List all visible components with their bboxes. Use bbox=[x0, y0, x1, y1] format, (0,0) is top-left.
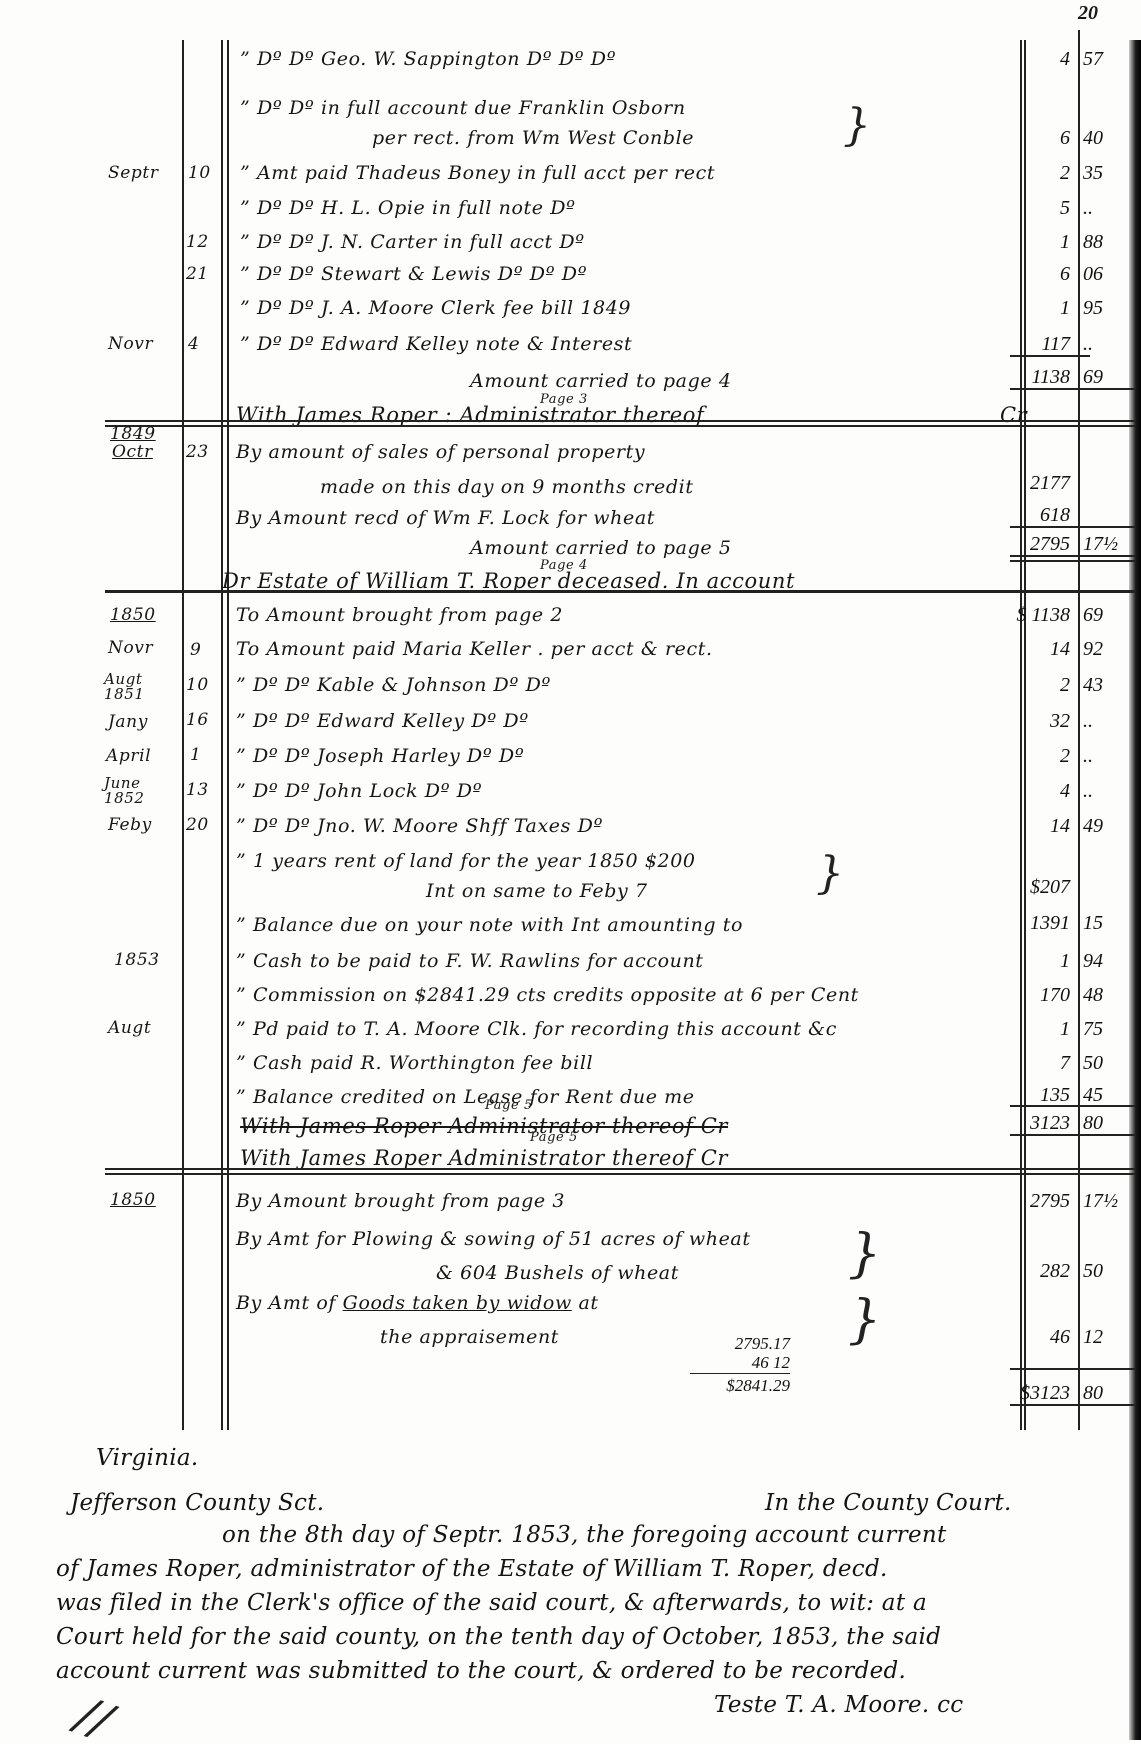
ledger-row-cents: 45 bbox=[1083, 1084, 1125, 1107]
ledger-row-dollars: 6 bbox=[998, 127, 1070, 150]
calc-underline bbox=[690, 1373, 790, 1374]
brace-icon: } bbox=[843, 100, 871, 151]
ledger-row-dollars: $ 1138 bbox=[960, 604, 1070, 627]
ledger-row-text: made on this day on 9 months credit bbox=[320, 476, 694, 498]
account-header-cr: With James Roper Administrator thereof C… bbox=[240, 1146, 728, 1170]
ledger-row-day: 13 bbox=[186, 780, 209, 800]
ledger-row-cents: .. bbox=[1083, 780, 1125, 803]
ledger-row-cents: 17½ bbox=[1083, 1190, 1125, 1213]
page-label: Page 5 bbox=[530, 1130, 578, 1145]
ledger-row-day: 9 bbox=[190, 640, 201, 660]
section-year: 1849 bbox=[110, 424, 156, 444]
ledger-row-day: 1 bbox=[190, 745, 201, 765]
ledger-row-cents: 35 bbox=[1083, 162, 1125, 185]
ledger-row-text: ” Dº Dº in full account due Franklin Osb… bbox=[240, 97, 686, 119]
ledger-row-text: ” 1 years rent of land for the year 1850… bbox=[236, 850, 696, 872]
section-total-cents: 80 bbox=[1083, 1382, 1125, 1405]
ruling-date-column bbox=[182, 40, 184, 1430]
ledger-row-date: April bbox=[106, 746, 151, 766]
section-divider bbox=[105, 1168, 1135, 1170]
ledger-row-dollars: 1 bbox=[998, 297, 1070, 320]
ledger-row-text: ” Balance due on your note with Int amou… bbox=[236, 914, 743, 936]
ledger-row-text: ” Dº Dº John Lock Dº Dº bbox=[236, 780, 482, 802]
section-total-dollars: 3123 bbox=[998, 1112, 1070, 1135]
certificate-state: Virginia. bbox=[96, 1445, 199, 1471]
sum-underline bbox=[1010, 1368, 1135, 1370]
ledger-row-day: 20 bbox=[186, 815, 209, 835]
certificate-county: Jefferson County Sct. bbox=[70, 1490, 324, 1516]
section-year: 1850 bbox=[110, 605, 156, 625]
calc-line: 46 12 bbox=[680, 1353, 790, 1373]
total-underline-double bbox=[1010, 560, 1135, 562]
ruling-day-column bbox=[221, 40, 223, 1430]
ledger-row-text: ” Dº Dº Stewart & Lewis Dº Dº Dº bbox=[240, 263, 587, 285]
ledger-row-text: ” Dº Dº J. N. Carter in full acct Dº bbox=[240, 231, 585, 253]
ledger-row-text: ” Dº Dº J. A. Moore Clerk fee bill 1849 bbox=[240, 297, 631, 319]
ledger-row-dollars: 1 bbox=[998, 231, 1070, 254]
ledger-row-dollars: 4 bbox=[998, 780, 1070, 803]
ledger-row-cents: 95 bbox=[1083, 297, 1125, 320]
certificate-line: was filed in the Clerk's office of the s… bbox=[56, 1590, 927, 1616]
ledger-row-cents: .. bbox=[1083, 197, 1125, 220]
ledger-row-text: By Amount recd of Wm F. Lock for wheat bbox=[236, 507, 655, 529]
ledger-row-cents: 43 bbox=[1083, 674, 1125, 697]
section-total-cents: 80 bbox=[1083, 1112, 1125, 1135]
ledger-row-dollars: 2795 bbox=[998, 1190, 1070, 1213]
ledger-row-date: Jany bbox=[108, 712, 148, 732]
section-divider bbox=[105, 590, 1135, 593]
ledger-row-date: Novr bbox=[108, 638, 153, 658]
brace-icon: } bbox=[848, 1290, 881, 1350]
ledger-row-cents: .. bbox=[1083, 333, 1125, 356]
ledger-row-text: ” Dº Dº Edward Kelley Dº Dº bbox=[236, 710, 529, 732]
ledger-row-cents: 50 bbox=[1083, 1052, 1125, 1075]
ledger-row-dollars: 2 bbox=[998, 674, 1070, 697]
certificate-line: Court held for the said county, on the t… bbox=[56, 1624, 941, 1650]
ledger-row-cents: 12 bbox=[1083, 1326, 1125, 1349]
ledger-row-dollars: 32 bbox=[998, 710, 1070, 733]
section-divider-double bbox=[105, 1173, 1135, 1175]
ledger-row-text: ” Cash paid R. Worthington fee bill bbox=[236, 1052, 593, 1074]
ledger-row-dollars: 135 bbox=[998, 1084, 1070, 1107]
ledger-row-date: Novr bbox=[108, 334, 153, 354]
ledger-row-dollars: 5 bbox=[998, 197, 1070, 220]
ledger-row-dollars: 2 bbox=[998, 162, 1070, 185]
ledger-row-cents: 15 bbox=[1083, 912, 1125, 935]
total-underline bbox=[1010, 555, 1135, 557]
ledger-row-day: 4 bbox=[188, 334, 199, 354]
ledger-row-text: By amount of sales of personal property bbox=[236, 441, 645, 463]
ledger-row-dollars: 2 bbox=[998, 745, 1070, 768]
section-divider bbox=[105, 420, 1135, 422]
text-part: at bbox=[572, 1292, 599, 1314]
ledger-row-cents: 06 bbox=[1083, 263, 1125, 286]
ruling-day-column-double bbox=[227, 40, 229, 1430]
certificate-line: of James Roper, administrator of the Est… bbox=[56, 1556, 888, 1582]
account-header-cr: With James Roper : Administrator thereof bbox=[236, 403, 704, 427]
ledger-row-dollars: 170 bbox=[998, 984, 1070, 1007]
account-header-cr-struck: With James Roper Administrator thereof C… bbox=[240, 1114, 728, 1138]
section-total-cents: 17½ bbox=[1083, 533, 1125, 556]
total-underline bbox=[1010, 1134, 1135, 1136]
ledger-row-cents: 40 bbox=[1083, 127, 1125, 150]
ledger-row-dollars: 46 bbox=[998, 1326, 1070, 1349]
section-total-dollars: 1138 bbox=[998, 366, 1070, 389]
ledger-row-text: ” Dº Dº Jno. W. Moore Shff Taxes Dº bbox=[236, 815, 603, 837]
ledger-row-text: per rect. from Wm West Conble bbox=[372, 127, 694, 149]
ledger-row-dollars: 4 bbox=[998, 48, 1070, 71]
ledger-page: 20 ” Dº Dº Geo. W. Sappington Dº Dº Dº 4… bbox=[0, 0, 1141, 1744]
ledger-row-cents: .. bbox=[1083, 745, 1125, 768]
ledger-row-day: 23 bbox=[186, 442, 209, 462]
section-divider-double bbox=[105, 425, 1135, 427]
ledger-row-text: By Amt for Plowing & sowing of 51 acres … bbox=[236, 1228, 751, 1250]
cr-label: Cr bbox=[1000, 403, 1027, 427]
ledger-row-cents: .. bbox=[1083, 710, 1125, 733]
ledger-row-cents: 69 bbox=[1083, 604, 1125, 627]
ledger-row-cents: 50 bbox=[1083, 1260, 1125, 1283]
ledger-row-text: By Amt of Goods taken by widow at bbox=[236, 1292, 599, 1314]
ledger-row-cents: 49 bbox=[1083, 815, 1125, 838]
section-total-dollars: 2795 bbox=[998, 533, 1070, 556]
ledger-row-day: 21 bbox=[186, 264, 209, 284]
total-underline bbox=[1010, 388, 1135, 390]
sum-underline bbox=[1010, 355, 1090, 357]
ledger-row-text: ” Balance credited on Lease for Rent due… bbox=[236, 1086, 695, 1108]
page-label: Page 5 bbox=[485, 1098, 533, 1113]
certificate-line: account current was submitted to the cou… bbox=[56, 1658, 906, 1684]
ledger-row-date: June 1852 bbox=[104, 776, 174, 806]
ledger-row-dollars: 1391 bbox=[998, 912, 1070, 935]
page-edge-shadow bbox=[1129, 40, 1141, 1740]
ledger-row-date: Feby bbox=[108, 815, 152, 835]
ledger-row-text: ” Commission on $2841.29 cts credits opp… bbox=[236, 984, 859, 1006]
ledger-row-dollars: 2177 bbox=[998, 472, 1070, 495]
section-total-dollars: $3123 bbox=[998, 1382, 1070, 1405]
ledger-row-day: 16 bbox=[186, 710, 209, 730]
certificate-attest: Teste T. A. Moore. cc bbox=[714, 1692, 963, 1718]
calc-result: $2841.29 bbox=[680, 1376, 790, 1396]
ledger-row-text: & 604 Bushels of wheat bbox=[436, 1262, 679, 1284]
ledger-row-dollars: 1 bbox=[998, 950, 1070, 973]
ledger-row-cents: 88 bbox=[1083, 231, 1125, 254]
ledger-row-text: Int on same to Feby 7 bbox=[426, 880, 648, 902]
ledger-row-text: ” Cash to be paid to F. W. Rawlins for a… bbox=[236, 950, 704, 972]
text-part: By Amt of bbox=[236, 1292, 343, 1314]
ledger-row-text: ” Dº Dº Kable & Johnson Dº Dº bbox=[236, 674, 551, 696]
section-total-label: Amount carried to page 4 bbox=[470, 370, 732, 392]
ledger-row-day: 10 bbox=[186, 675, 209, 695]
section-year: 1850 bbox=[110, 1190, 156, 1210]
ledger-row-dollars: $207 bbox=[998, 876, 1070, 899]
double-slash-mark-icon: // bbox=[69, 1686, 119, 1744]
ledger-row-cents: 94 bbox=[1083, 950, 1125, 973]
ledger-row-text: ” Dº Dº Edward Kelley note & Interest bbox=[240, 333, 632, 355]
ledger-row-dollars: 117 bbox=[998, 333, 1070, 356]
section-total-label: Amount carried to page 5 bbox=[470, 537, 732, 559]
calc-line: 2795.17 bbox=[680, 1334, 790, 1354]
page-number: 20 bbox=[1078, 2, 1098, 25]
text-underlined: Goods taken by widow bbox=[343, 1292, 572, 1314]
sum-underline bbox=[1010, 1105, 1135, 1107]
ledger-row-dollars: 7 bbox=[998, 1052, 1070, 1075]
ledger-row-text: ” Pd paid to T. A. Moore Clk. for record… bbox=[236, 1018, 837, 1040]
ledger-row-cents: 75 bbox=[1083, 1018, 1125, 1041]
ledger-row-date: Septr bbox=[108, 163, 159, 183]
ledger-row-cents: 48 bbox=[1083, 984, 1125, 1007]
ledger-row-text: ” Amt paid Thadeus Boney in full acct pe… bbox=[240, 162, 715, 184]
ledger-row-text: To Amount brought from page 2 bbox=[236, 604, 563, 626]
total-underline bbox=[1010, 1404, 1135, 1406]
ledger-row-date: Augt bbox=[108, 1018, 151, 1038]
ledger-row-dollars: 14 bbox=[998, 815, 1070, 838]
ledger-row-text: ” Dº Dº H. L. Opie in full note Dº bbox=[240, 197, 576, 219]
ledger-row-date: 1853 bbox=[114, 950, 160, 970]
ledger-row-day: 10 bbox=[188, 163, 211, 183]
ledger-row-text: the appraisement bbox=[380, 1326, 559, 1348]
ruling-cents-column bbox=[1078, 30, 1080, 1430]
ledger-row-text: By Amount brought from page 3 bbox=[236, 1190, 565, 1212]
brace-icon: } bbox=[816, 848, 844, 899]
ledger-row-day: 12 bbox=[186, 232, 209, 252]
section-total-cents: 69 bbox=[1083, 366, 1125, 389]
certificate-line: on the 8th day of Septr. 1853, the foreg… bbox=[222, 1522, 947, 1548]
ledger-row-date: Augt 1851 bbox=[104, 672, 174, 702]
ledger-row-dollars: 618 bbox=[998, 504, 1070, 527]
sum-underline bbox=[1010, 526, 1135, 528]
ledger-row-cents: 92 bbox=[1083, 638, 1125, 661]
ledger-row-text: ” Dº Dº Geo. W. Sappington Dº Dº Dº bbox=[240, 48, 616, 70]
certificate-court: In the County Court. bbox=[765, 1490, 1012, 1516]
ledger-row-dollars: 1 bbox=[998, 1018, 1070, 1041]
ledger-row-date: Octr bbox=[112, 442, 153, 462]
ledger-row-text: ” Dº Dº Joseph Harley Dº Dº bbox=[236, 745, 524, 767]
ledger-row-dollars: 6 bbox=[998, 263, 1070, 286]
ledger-row-dollars: 14 bbox=[998, 638, 1070, 661]
ledger-row-text: To Amount paid Maria Keller . per acct &… bbox=[236, 638, 713, 660]
ledger-row-dollars: 282 bbox=[998, 1260, 1070, 1283]
brace-icon: } bbox=[848, 1224, 881, 1284]
ledger-row-cents: 57 bbox=[1083, 48, 1125, 71]
